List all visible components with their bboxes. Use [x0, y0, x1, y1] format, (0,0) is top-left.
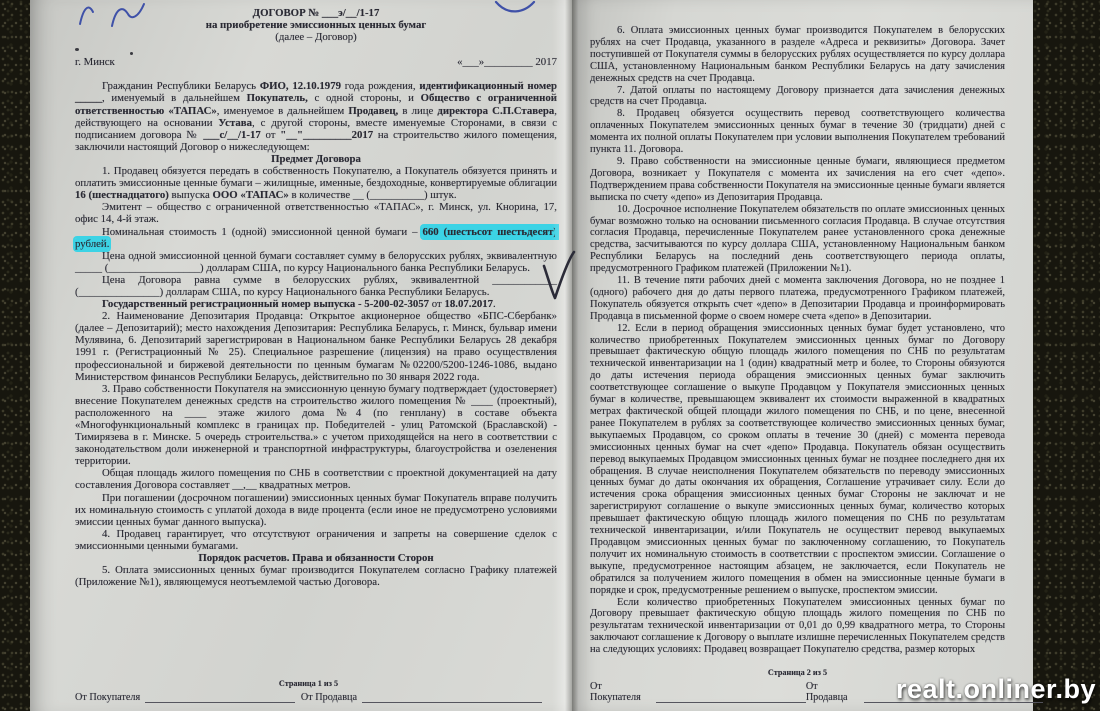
page-2-body: 6. Оплата эмиссионных ценных бумаг произ… — [590, 25, 1005, 656]
text-segment: Номинальная стоимость 1 (одной) эмиссион… — [102, 226, 422, 238]
title-line: (далее – Договор) — [75, 31, 557, 43]
text-segment: Продавец, — [348, 105, 398, 117]
text-segment: 16 (шестнадцатого) — [75, 189, 169, 201]
page-number: Страница 1 из 5 — [75, 679, 542, 688]
text-segment: 6. Оплата эмиссионных ценных бумаг произ… — [590, 25, 1005, 84]
paragraph: 5. Оплата эмиссионных ценных бумаг произ… — [75, 564, 557, 588]
buyer-signature: От Покупателя — [590, 681, 806, 703]
watermark: realt.onliner.by — [896, 674, 1096, 705]
text-segment: выпуска — [169, 189, 213, 201]
text-segment: Порядок расчетов. Права и обязанности Ст… — [198, 552, 433, 564]
text-segment: 12. Если в период обращения эмиссионных … — [590, 323, 1005, 596]
contract-page-1: ДОГОВОР № ___э/__/1-17на приобретение эм… — [30, 0, 572, 711]
text-segment: в количестве __ (__________) штук. — [289, 189, 457, 201]
buyer-signature-label: От Покупателя — [75, 692, 140, 703]
highlighted-text: рублей. — [75, 238, 109, 250]
paragraph: 8. Продавец обязуется осуществить перево… — [590, 108, 1005, 156]
text-segment: Цена одной эмиссионной ценной бумаги сос… — [75, 250, 557, 274]
text-segment: 2. Наименование Депозитария Продавца: От… — [75, 310, 557, 382]
text-segment: 10. Досрочное исполнение Покупателем обя… — [590, 204, 1005, 275]
text-segment: ФИО, 12.10.1979 — [260, 80, 341, 92]
page-1-footer: Страница 1 из 5 От Покупателя От Продавц… — [30, 679, 572, 703]
document-photo: ДОГОВОР № ___э/__/1-17на приобретение эм… — [0, 0, 1100, 711]
date-blank: «___»_________ 2017 — [457, 56, 557, 68]
paragraph: Если количество приобретенных Покупателе… — [590, 597, 1005, 657]
paragraph: Цена одной эмиссионной ценной бумаги сос… — [75, 250, 557, 274]
text-segment: 18.07.2017 — [444, 298, 493, 310]
paragraph: Гражданин Республики Беларусь ФИО, 12.10… — [75, 80, 557, 153]
text-segment: Покупатель, — [247, 92, 308, 104]
text-segment: 5. Оплата эмиссионных ценных бумаг произ… — [75, 564, 557, 588]
text-segment: , именуемое в дальнейшем — [217, 105, 349, 117]
text-segment: с одной стороны, и — [308, 92, 421, 104]
paragraph: Номинальная стоимость 1 (одной) эмиссион… — [75, 226, 557, 250]
buyer-signature-label: От Покупателя — [590, 681, 651, 703]
text-segment: ___с/__/1-17 — [203, 129, 261, 141]
paragraph: Цена Договора равна сумме в белорусских … — [75, 274, 557, 298]
buyer-signature-line — [145, 692, 295, 703]
text-segment: директора С.П.Ставера — [437, 105, 554, 117]
buyer-signature-line — [656, 692, 806, 703]
seller-signature-label: От Продавца — [301, 692, 357, 703]
paragraph: 7. Датой оплаты по настоящему Договору п… — [590, 85, 1005, 109]
contract-page-2: 6. Оплата эмиссионных ценных бумаг произ… — [572, 0, 1033, 711]
text-segment: Гражданин Республики Беларусь — [102, 80, 260, 92]
text-segment: 1. Продавец обязуется передать в собстве… — [75, 165, 557, 189]
text-segment: 8. Продавец обязуется осуществить перево… — [590, 108, 1005, 155]
text-segment: Государственный регистрационный номер вы… — [102, 298, 429, 310]
paragraph: 3. Право собственности Покупателя на эми… — [75, 383, 557, 468]
text-segment: . — [493, 298, 496, 310]
text-segment: (далее – Договор) — [275, 31, 356, 43]
paragraph: 11. В течение пяти рабочих дней с момент… — [590, 275, 1005, 323]
highlighted-text: 660 (шестьсот шестьдесят) — [422, 226, 557, 238]
text-segment: Цена Договора равна сумме в белорусских … — [75, 274, 557, 298]
ink-dot-icon — [75, 48, 79, 51]
paragraph: 6. Оплата эмиссионных ценных бумаг произ… — [590, 25, 1005, 85]
text-segment: ООО «ТАПАС» — [212, 189, 288, 201]
text-segment: Устава — [218, 117, 252, 129]
paragraph: 9. Право собственности на эмиссионные це… — [590, 156, 1005, 204]
paragraph: 4. Продавец гарантирует, что отсутствуют… — [75, 528, 557, 552]
title-line: ДОГОВОР № ___э/__/1-17 — [75, 7, 557, 19]
text-segment: 9. Право собственности на эмиссионные це… — [590, 156, 1005, 203]
text-segment: 7. Датой оплаты по настоящему Договору п… — [590, 85, 1005, 108]
text-segment: "__"_________2017 — [280, 129, 373, 141]
paragraph: 10. Досрочное исполнение Покупателем обя… — [590, 204, 1005, 275]
seller-signature-line — [362, 692, 542, 703]
signature-row: От Покупателя От Продавца — [75, 692, 542, 703]
text-segment: Общая площадь жилого помещения по СНБ в … — [75, 467, 557, 491]
paragraph: 1. Продавец обязуется передать в собстве… — [75, 165, 557, 201]
paragraph: При погашении (досрочном погашении) эмис… — [75, 492, 557, 528]
section-heading: Предмет Договора — [75, 153, 557, 165]
title-line: на приобретение эмиссионных ценных бумаг — [75, 19, 557, 31]
buyer-signature: От Покупателя — [75, 692, 295, 703]
text-segment: 3. Право собственности Покупателя на эми… — [75, 383, 557, 468]
text-segment: 4. Продавец гарантирует, что отсутствуют… — [75, 528, 557, 552]
text-segment: года рождения, — [341, 80, 419, 92]
city-label: г. Минск — [75, 56, 115, 68]
section-heading: Порядок расчетов. Права и обязанности Ст… — [75, 552, 557, 564]
text-segment: Если количество приобретенных Покупателе… — [590, 597, 1005, 656]
ink-dot-icon — [130, 52, 133, 55]
text-segment: в лице — [398, 105, 437, 117]
text-segment: на приобретение эмиссионных ценных бумаг — [206, 19, 427, 31]
paragraph: 2. Наименование Депозитария Продавца: От… — [75, 310, 557, 383]
text-segment: Эмитент – общество с ограниченной ответс… — [75, 201, 557, 225]
city-date-line: г. Минск«___»_________ 2017 — [75, 56, 557, 68]
text-segment: Предмет Договора — [271, 153, 361, 165]
paragraph: Эмитент – общество с ограниченной ответс… — [75, 201, 557, 225]
text-segment: от — [429, 298, 444, 310]
text-segment: , именуемый в дальнейшем — [102, 92, 247, 104]
text-segment: ДОГОВОР № ___э/__/1-17 — [253, 7, 380, 19]
paragraph: 12. Если в период обращения эмиссионных … — [590, 323, 1005, 597]
text-segment: от — [261, 129, 280, 141]
page-1-body: ДОГОВОР № ___э/__/1-17на приобретение эм… — [75, 7, 557, 588]
seller-signature-label: От Продавца — [806, 681, 859, 703]
paragraph: Общая площадь жилого помещения по СНБ в … — [75, 467, 557, 491]
seller-signature: От Продавца — [301, 692, 542, 703]
text-segment: 11. В течение пяти рабочих дней с момент… — [590, 275, 1005, 322]
text-segment: При погашении (досрочном погашении) эмис… — [75, 492, 557, 528]
paragraph: Государственный регистрационный номер вы… — [75, 298, 557, 310]
